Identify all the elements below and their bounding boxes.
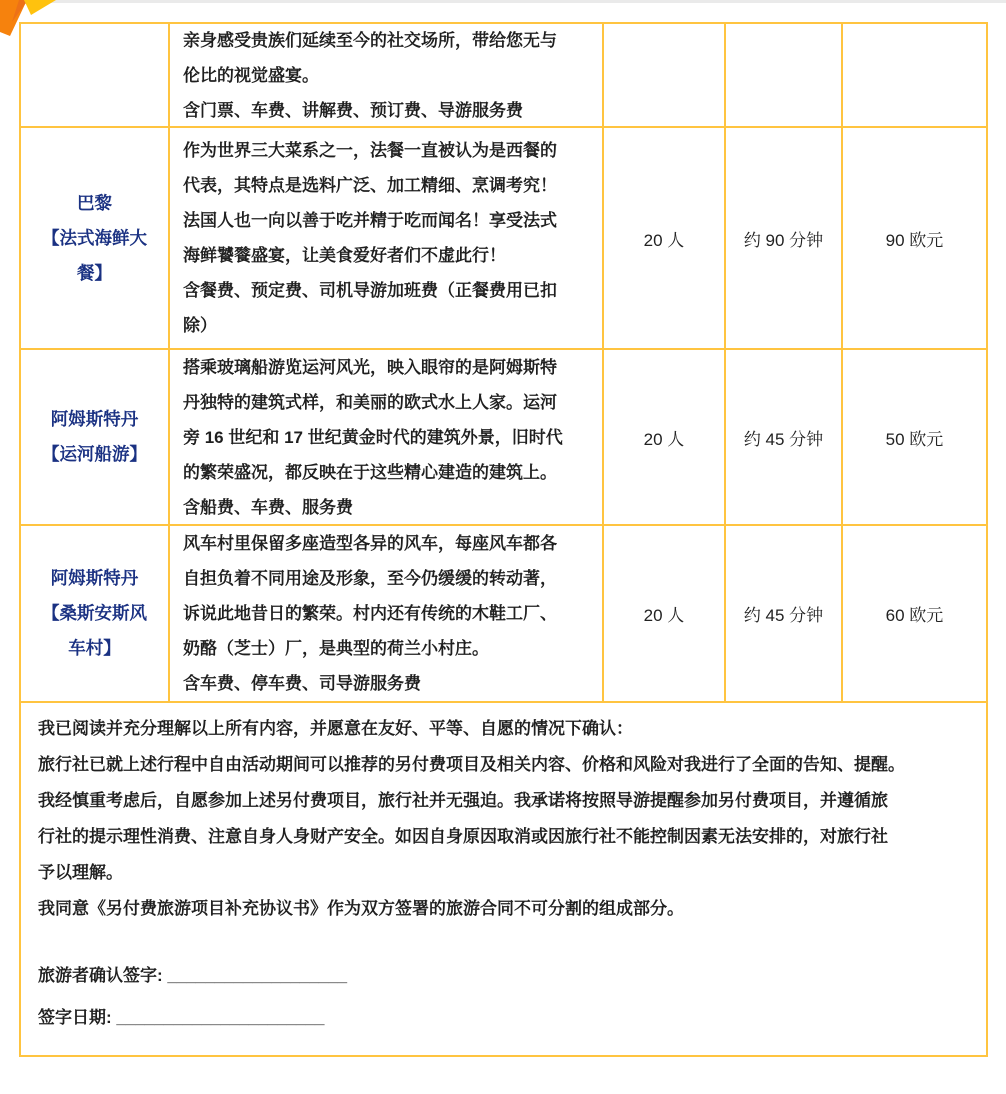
document-frame: 亲身感受贵族们延续至今的社交场所，带给您无与伦比的视觉盛宴。含门票、车费、讲解费… [19, 22, 988, 1057]
agreement-paragraph: 我已阅读并充分理解以上所有内容，并愿意在友好、平等、自愿的情况下确认：旅行社已就… [38, 711, 972, 927]
tour-item-name-cell: 巴黎【法式海鲜大餐】 [21, 128, 170, 350]
tour-item-price-cell: 90 欧元 [843, 128, 986, 350]
tour-item-description-cell: 作为世界三大菜系之一，法餐一直被认为是西餐的代表，其特点是选料广泛、加工精细、烹… [170, 128, 604, 350]
tour-item-people-cell: 20 人 [604, 526, 726, 703]
agreement-line: 我经慎重考虑后，自愿参加上述另付费项目，旅行社并无强迫。我承诺将按照导游提醒参加… [38, 783, 972, 819]
tour-item-name-cell [21, 24, 170, 128]
tourist-signature-line: 旅游者确认签字: ___________________ [38, 955, 972, 997]
tour-item-description-line: 奶酪（芝士）厂，是典型的荷兰小村庄。 [183, 631, 596, 666]
tour-item-name-cell: 阿姆斯特丹【运河船游】 [21, 350, 170, 526]
tour-item-description-line: 的繁荣盛况，都反映在于这些精心建造的建筑上。 [183, 455, 596, 490]
tour-item-description-line: 伦比的视觉盛宴。 [183, 58, 596, 93]
tour-item-name-line: 餐】 [77, 256, 112, 291]
agreement-section: 我已阅读并充分理解以上所有内容，并愿意在友好、平等、自愿的情况下确认：旅行社已就… [21, 703, 986, 1055]
agreement-line: 行社的提示理性消费、注意自身人身财产安全。如因自身原因取消或因旅行社不能控制因素… [38, 819, 972, 855]
agreement-line: 旅行社已就上述行程中自由活动期间可以推荐的另付费项目及相关内容、价格和风险对我进… [38, 747, 972, 783]
agreement-line: 我同意《另付费旅游项目补充协议书》作为双方签署的旅游合同不可分割的组成部分。 [38, 891, 972, 927]
tour-item-description-line: 风车村里保留多座造型各异的风车，每座风车都各 [183, 526, 596, 561]
page-top-edge [48, 0, 1006, 3]
tour-item-price-cell [843, 24, 986, 128]
signature-block: 旅游者确认签字: ___________________ 签字日期: _____… [38, 955, 972, 1039]
tour-item-name-line: 【运河船游】 [42, 437, 147, 472]
tour-item-name-line: 巴黎 [77, 186, 112, 221]
tour-item-description-line: 含门票、车费、讲解费、预订费、导游服务费 [183, 93, 596, 128]
tour-item-price-cell: 60 欧元 [843, 526, 986, 703]
tour-item-duration-cell: 约 45 分钟 [726, 526, 843, 703]
tour-item-name-line: 阿姆斯特丹 [51, 402, 139, 437]
tour-item-description-line: 含船费、车费、服务费 [183, 490, 596, 525]
tour-item-description-line: 海鲜饕餮盛宴，让美食爱好者们不虚此行！ [183, 238, 596, 273]
tourist-signature-blank: ___________________ [167, 966, 347, 985]
tour-item-price-cell: 50 欧元 [843, 350, 986, 526]
tour-item-name-line: 【法式海鲜大 [42, 221, 147, 256]
tour-item-people-cell: 20 人 [604, 350, 726, 526]
tour-item-duration-cell [726, 24, 843, 128]
tour-item-description-line: 作为世界三大菜系之一，法餐一直被认为是西餐的 [183, 133, 596, 168]
agreement-line: 我已阅读并充分理解以上所有内容，并愿意在友好、平等、自愿的情况下确认： [38, 711, 972, 747]
agreement-line: 予以理解。 [38, 855, 972, 891]
tour-item-people-cell: 20 人 [604, 128, 726, 350]
signature-date-blank: ______________________ [116, 1008, 324, 1027]
tour-item-description-cell: 搭乘玻璃船游览运河风光，映入眼帘的是阿姆斯特丹独特的建筑式样，和美丽的欧式水上人… [170, 350, 604, 526]
tour-item-description-line: 代表，其特点是选料广泛、加工精细、烹调考究！ [183, 168, 596, 203]
tour-item-description-line: 旁 16 世纪和 17 世纪黄金时代的建筑外景，旧时代 [183, 420, 596, 455]
signature-date-line: 签字日期: ______________________ [38, 997, 972, 1039]
tour-item-description-line: 诉说此地昔日的繁荣。村内还有传统的木鞋工厂、 [183, 596, 596, 631]
tour-item-description-line: 亲身感受贵族们延续至今的社交场所，带给您无与 [183, 24, 596, 58]
tour-item-name-line: 阿姆斯特丹 [51, 561, 139, 596]
tour-item-description-line: 丹独特的建筑式样，和美丽的欧式水上人家。运河 [183, 385, 596, 420]
tour-item-description-line: 自担负着不同用途及形象，至今仍缓缓的转动著， [183, 561, 596, 596]
tour-item-name-cell: 阿姆斯特丹【桑斯安斯风车村】 [21, 526, 170, 703]
signature-date-label: 签字日期: [38, 1008, 112, 1027]
tour-item-description-line: 搭乘玻璃船游览运河风光，映入眼帘的是阿姆斯特 [183, 350, 596, 385]
tour-item-description-line: 含餐费、预定费、司机导游加班费（正餐费用已扣 [183, 273, 596, 308]
optional-tour-items-table: 亲身感受贵族们延续至今的社交场所，带给您无与伦比的视觉盛宴。含门票、车费、讲解费… [21, 24, 986, 703]
tour-item-duration-cell: 约 45 分钟 [726, 350, 843, 526]
tour-item-description-line: 法国人也一向以善于吃并精于吃而闻名！享受法式 [183, 203, 596, 238]
tour-item-description-line: 除） [183, 308, 596, 343]
tour-item-description-cell: 风车村里保留多座造型各异的风车，每座风车都各自担负着不同用途及形象，至今仍缓缓的… [170, 526, 604, 703]
tour-item-name-line: 【桑斯安斯风 [42, 596, 147, 631]
tour-item-description-line: 含车费、停车费、司导游服务费 [183, 666, 596, 701]
tour-item-name-line: 车村】 [68, 631, 121, 666]
tourist-signature-label: 旅游者确认签字: [38, 966, 163, 985]
tour-item-description-cell: 亲身感受贵族们延续至今的社交场所，带给您无与伦比的视觉盛宴。含门票、车费、讲解费… [170, 24, 604, 128]
tour-item-people-cell [604, 24, 726, 128]
tour-item-duration-cell: 约 90 分钟 [726, 128, 843, 350]
